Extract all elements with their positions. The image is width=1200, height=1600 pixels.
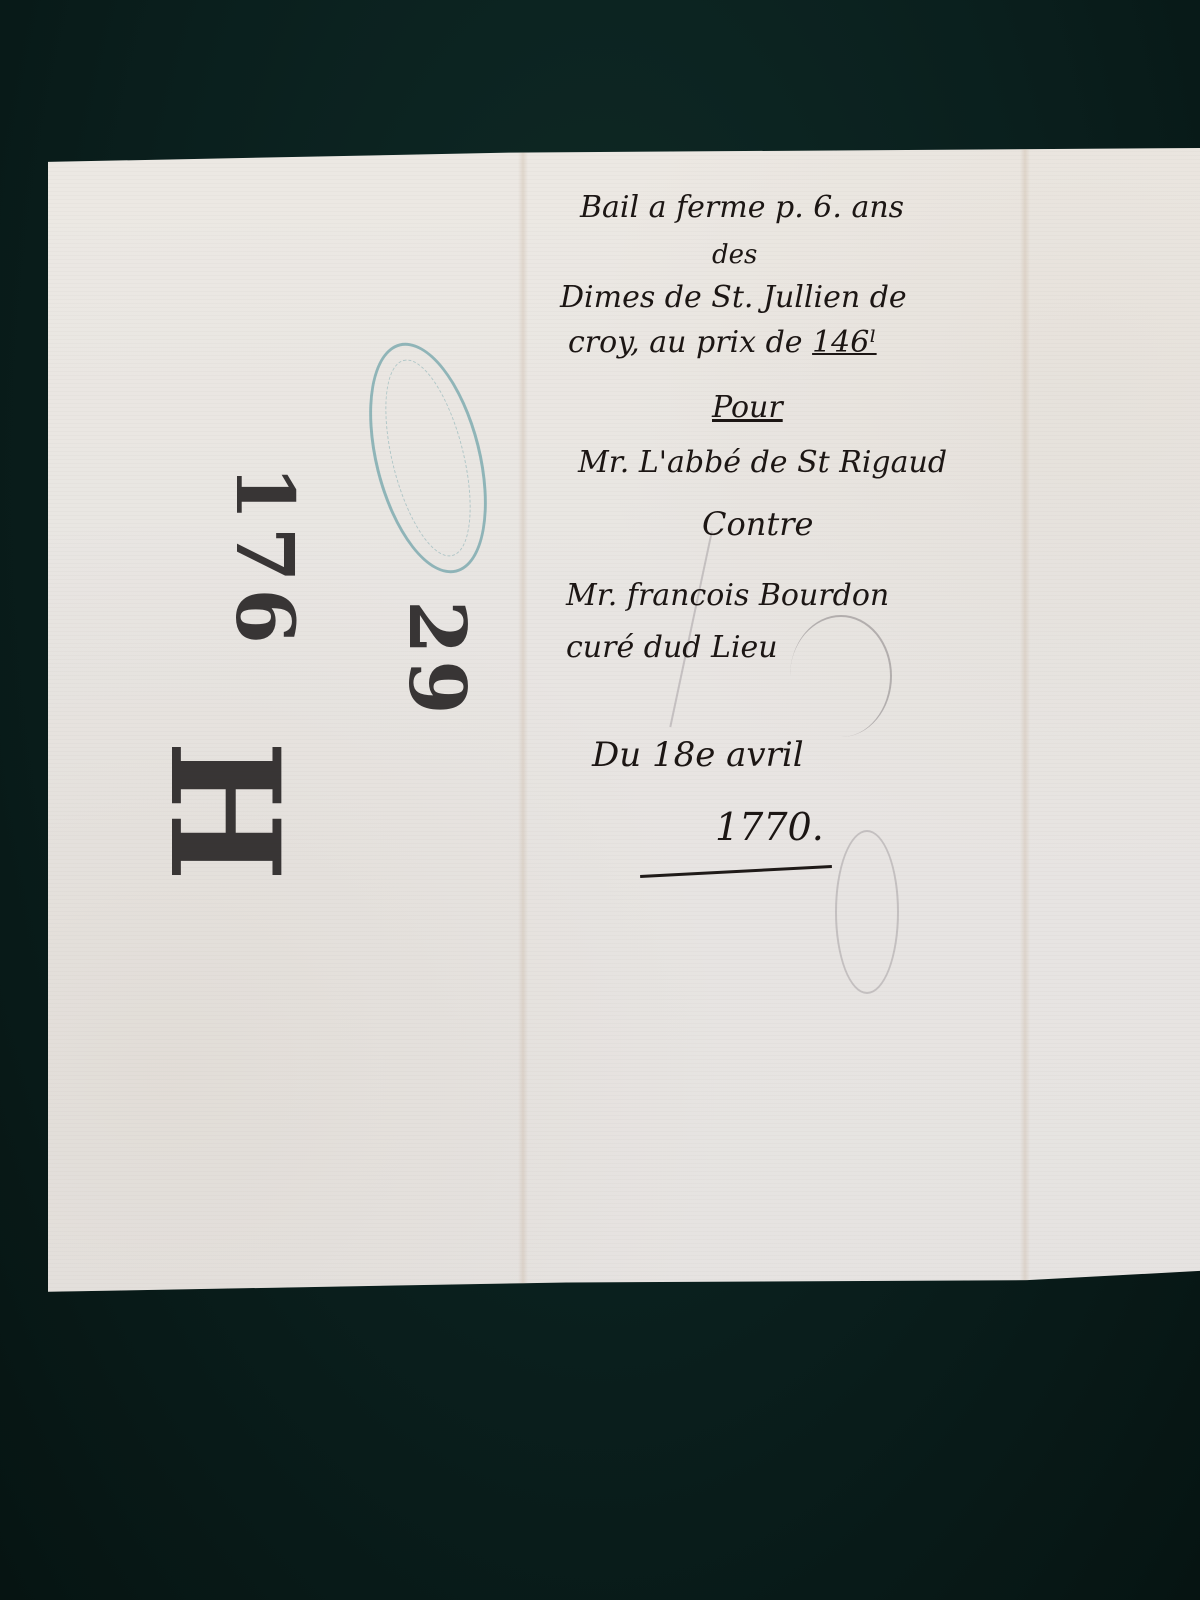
stencil-item-mark: 29 xyxy=(391,600,482,721)
text-line: Dimes de St. Jullien de xyxy=(560,280,907,315)
text-line: croy, au prix de 146ˡ xyxy=(568,325,877,360)
text-line-date: Du 18e avril xyxy=(592,735,804,775)
stencil-series-mark: H xyxy=(136,740,312,888)
fold-line xyxy=(1020,148,1030,1288)
text-line-contre: Contre xyxy=(702,505,813,543)
text-line-title: Bail a ferme p. 6. ans xyxy=(580,190,904,225)
text-line-year: 1770. xyxy=(715,805,824,849)
fold-line xyxy=(518,148,528,1288)
price-value: 146ˡ xyxy=(812,325,877,360)
text-line-defendant-title: curé dud Lieu xyxy=(566,630,778,665)
document-paper xyxy=(48,148,1200,1308)
text-line-defendant: Mr. francois Bourdon xyxy=(566,578,889,613)
text-line: des xyxy=(712,240,757,270)
pencil-mark xyxy=(835,830,899,994)
text-line-pour: Pour xyxy=(712,390,783,425)
stencil-number-mark: 176 xyxy=(218,465,312,650)
pencil-mark xyxy=(790,615,892,737)
text-line-plaintiff: Mr. L'abbé de St Rigaud xyxy=(578,445,947,480)
text-line-price-prefix: croy, au prix de xyxy=(568,325,803,360)
